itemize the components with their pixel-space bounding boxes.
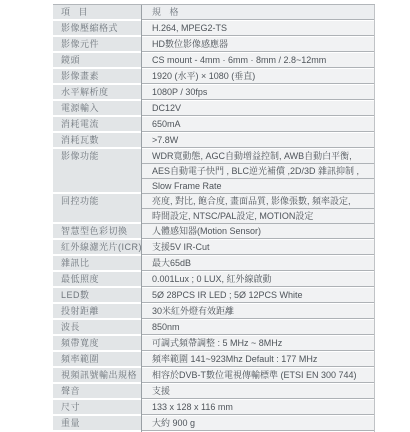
spec-label: 智慧型色彩切換 <box>53 224 141 240</box>
spec-value: 30米紅外燈有效距離 <box>142 304 374 319</box>
spec-label: 頻帶寬度 <box>53 336 141 352</box>
spec-value: 可調式頻帶調整 : 5 MHz ~ 8MHz <box>142 336 374 351</box>
table-row: 雜訊比 最大65dB <box>53 256 375 272</box>
spec-value: Slow Frame Rate <box>142 179 374 194</box>
table-row: 電源輸入 DC12V <box>53 101 375 117</box>
table-row: 影像元件 HD數位影像感應器 <box>53 37 375 53</box>
spec-value: 相容於DVB-T數位電視傳輸標準 (ETSI EN 300 744) <box>142 368 374 383</box>
table-row: 影像畫素 1920 (水平) × 1080 (垂直) <box>53 69 375 85</box>
table-row: 投射距離 30米紅外燈有效距離 <box>53 304 375 320</box>
table-row: 影像功能 WDR寬動態, AGC自動增益控制, AWB自動白平衡, AES自動電… <box>53 149 375 194</box>
spec-label: 頻率範圍 <box>53 352 141 368</box>
spec-value: CS mount - 4mm · 6mm · 8mm / 2.8~12mm <box>142 53 374 68</box>
spec-label: 消耗瓦數 <box>53 133 141 149</box>
table-row: 聲音 支援 <box>53 384 375 400</box>
spec-label: 回控功能 <box>53 194 141 224</box>
spec-value: HD數位影像感應器 <box>142 37 374 52</box>
table-row: 紅外線濾光片(ICR) 支援5V IR-Cut <box>53 240 375 256</box>
spec-table: 項 目 規 格 影像壓縮格式 H.264, MPEG2-TS 影像元件 HD數位… <box>53 4 375 410</box>
spec-value: >7.8W <box>142 133 374 148</box>
table-row: 水平解析度 1080P / 30fps <box>53 85 375 101</box>
spec-value: AES自動電子快門 , BLC逆光補償 ,2D/3D 雜訊抑制 , <box>142 164 374 179</box>
spec-label: 鏡頭 <box>53 53 141 69</box>
spec-value: 0.001Lux ; 0 LUX, 紅外線啟動 <box>142 272 374 287</box>
spec-value: 支援5V IR-Cut <box>142 240 374 255</box>
table-row: 最低照度 0.001Lux ; 0 LUX, 紅外線啟動 <box>53 272 375 288</box>
spec-value: 頻率範圍 141~923Mhz Default : 177 MHz <box>142 352 374 367</box>
spec-value: 1080P / 30fps <box>142 85 374 100</box>
table-header-row: 項 目 規 格 <box>53 5 375 21</box>
header-spec-label: 規 格 <box>142 5 374 20</box>
spec-value: 850nm <box>142 320 374 335</box>
spec-label: 聲音 <box>53 384 141 400</box>
spec-value: 支援 <box>142 384 374 399</box>
spec-label: 最低照度 <box>53 272 141 288</box>
table-row: 頻帶寬度 可調式頻帶調整 : 5 MHz ~ 8MHz <box>53 336 375 352</box>
table-row: 影像壓縮格式 H.264, MPEG2-TS <box>53 21 375 37</box>
spec-label: 消耗電流 <box>53 117 141 133</box>
table-row: 尺寸 133 x 128 x 116 mm <box>53 400 375 410</box>
table-row: LED數 5Ø 28PCS IR LED ; 5Ø 12PCS White <box>53 288 375 304</box>
spec-label: 影像畫素 <box>53 69 141 85</box>
spec-value: 650mA <box>142 117 374 132</box>
spec-value: 亮度, 對比, 飽合度, 畫面品質, 影像張數, 頻率設定, <box>142 194 374 209</box>
table-row: 視頻訊號輸出規格 相容於DVB-T數位電視傳輸標準 (ETSI EN 300 7… <box>53 368 375 384</box>
table-row: 頻率範圍 頻率範圍 141~923Mhz Default : 177 MHz <box>53 352 375 368</box>
header-item-label: 項 目 <box>53 5 141 21</box>
table-row: 消耗瓦數 >7.8W <box>53 133 375 149</box>
spec-value: DC12V <box>142 101 374 116</box>
table-row: 鏡頭 CS mount - 4mm · 6mm · 8mm / 2.8~12mm <box>53 53 375 69</box>
spec-value: 133 x 128 x 116 mm <box>142 400 374 410</box>
spec-value: 人體感知器(Motion Sensor) <box>142 224 374 239</box>
spec-label: 影像元件 <box>53 37 141 53</box>
spec-label: 波長 <box>53 320 141 336</box>
spec-label: 影像壓縮格式 <box>53 21 141 37</box>
spec-label: LED數 <box>53 288 141 304</box>
spec-value: 時間設定, NTSC/PAL設定, MOTION設定 <box>142 209 374 224</box>
table-row: 消耗電流 650mA <box>53 117 375 133</box>
spec-value: 最大65dB <box>142 256 374 271</box>
spec-value: 1920 (水平) × 1080 (垂直) <box>142 69 374 84</box>
table-row: 回控功能 亮度, 對比, 飽合度, 畫面品質, 影像張數, 頻率設定, 時間設定… <box>53 194 375 224</box>
spec-value: WDR寬動態, AGC自動增益控制, AWB自動白平衡, <box>142 149 374 164</box>
spec-label: 尺寸 <box>53 400 141 410</box>
table-row: 智慧型色彩切換 人體感知器(Motion Sensor) <box>53 224 375 240</box>
table-row: 波長 850nm <box>53 320 375 336</box>
spec-label: 投射距離 <box>53 304 141 320</box>
spec-label: 紅外線濾光片(ICR) <box>53 240 141 256</box>
spec-label: 電源輸入 <box>53 101 141 117</box>
spec-label: 影像功能 <box>53 149 141 194</box>
spec-value: H.264, MPEG2-TS <box>142 21 374 36</box>
spec-label: 視頻訊號輸出規格 <box>53 368 141 384</box>
spec-label: 水平解析度 <box>53 85 141 101</box>
spec-label: 雜訊比 <box>53 256 141 272</box>
spec-value: 5Ø 28PCS IR LED ; 5Ø 12PCS White <box>142 288 374 303</box>
